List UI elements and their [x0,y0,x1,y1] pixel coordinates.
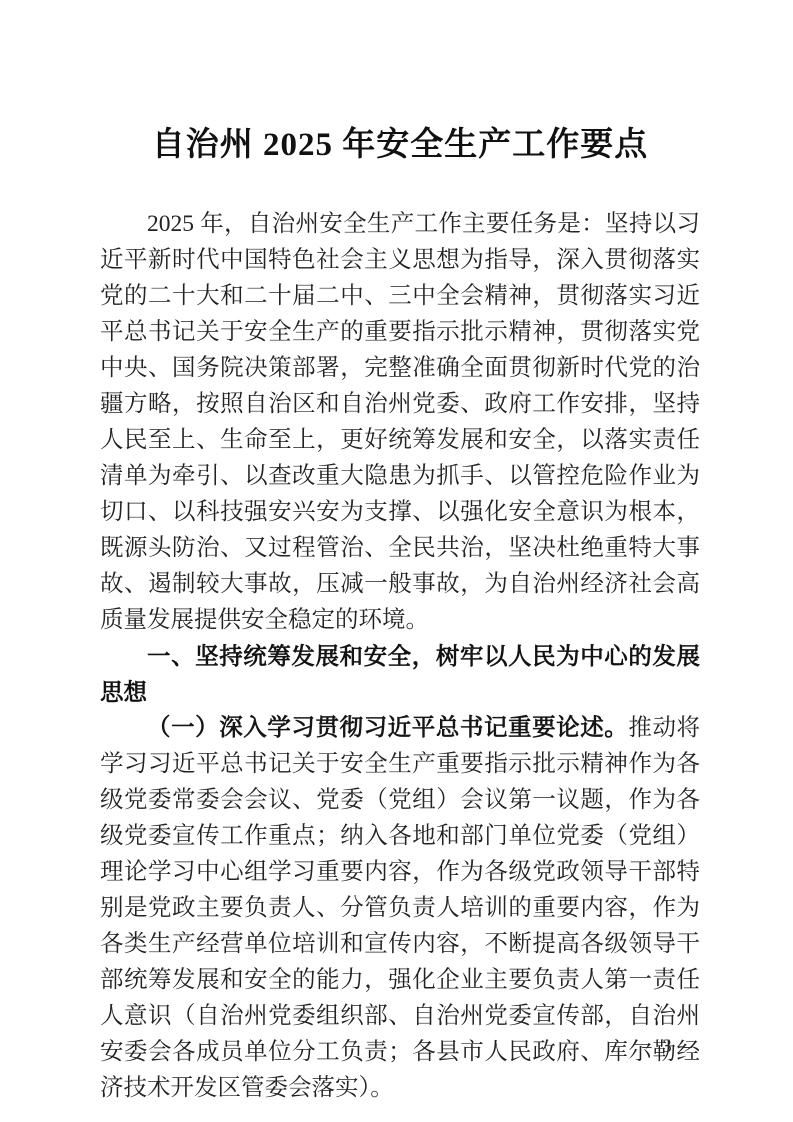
document-title: 自治州 2025 年安全生产工作要点 [100,124,700,166]
intro-paragraph: 2025 年，自治州安全生产工作主要任务是：坚持以习近平新时代中国特色社会主义思… [100,206,700,638]
page-number: – 3 – [642,1036,695,1058]
document-page: 自治州 2025 年安全生产工作要点 2025 年，自治州安全生产工作主要任务是… [0,0,793,1122]
item-1-lead: （一）深入学习贯彻习近平总书记重要论述。 [147,715,628,741]
item-1-paragraph: （一）深入学习贯彻习近平总书记重要论述。推动将学习习近平总书记关于安全生产重要指… [100,710,700,1106]
document-content: 自治州 2025 年安全生产工作要点 2025 年，自治州安全生产工作主要任务是… [100,124,700,1106]
section-heading-1: 一、坚持统筹发展和安全，树牢以人民为中心的发展思想 [100,638,700,710]
item-1-body: 推动将学习习近平总书记关于安全生产重要指示批示精神作为各级党委常委会会议、党委（… [100,715,700,1101]
document-body: 2025 年，自治州安全生产工作主要任务是：坚持以习近平新时代中国特色社会主义思… [100,206,700,1106]
